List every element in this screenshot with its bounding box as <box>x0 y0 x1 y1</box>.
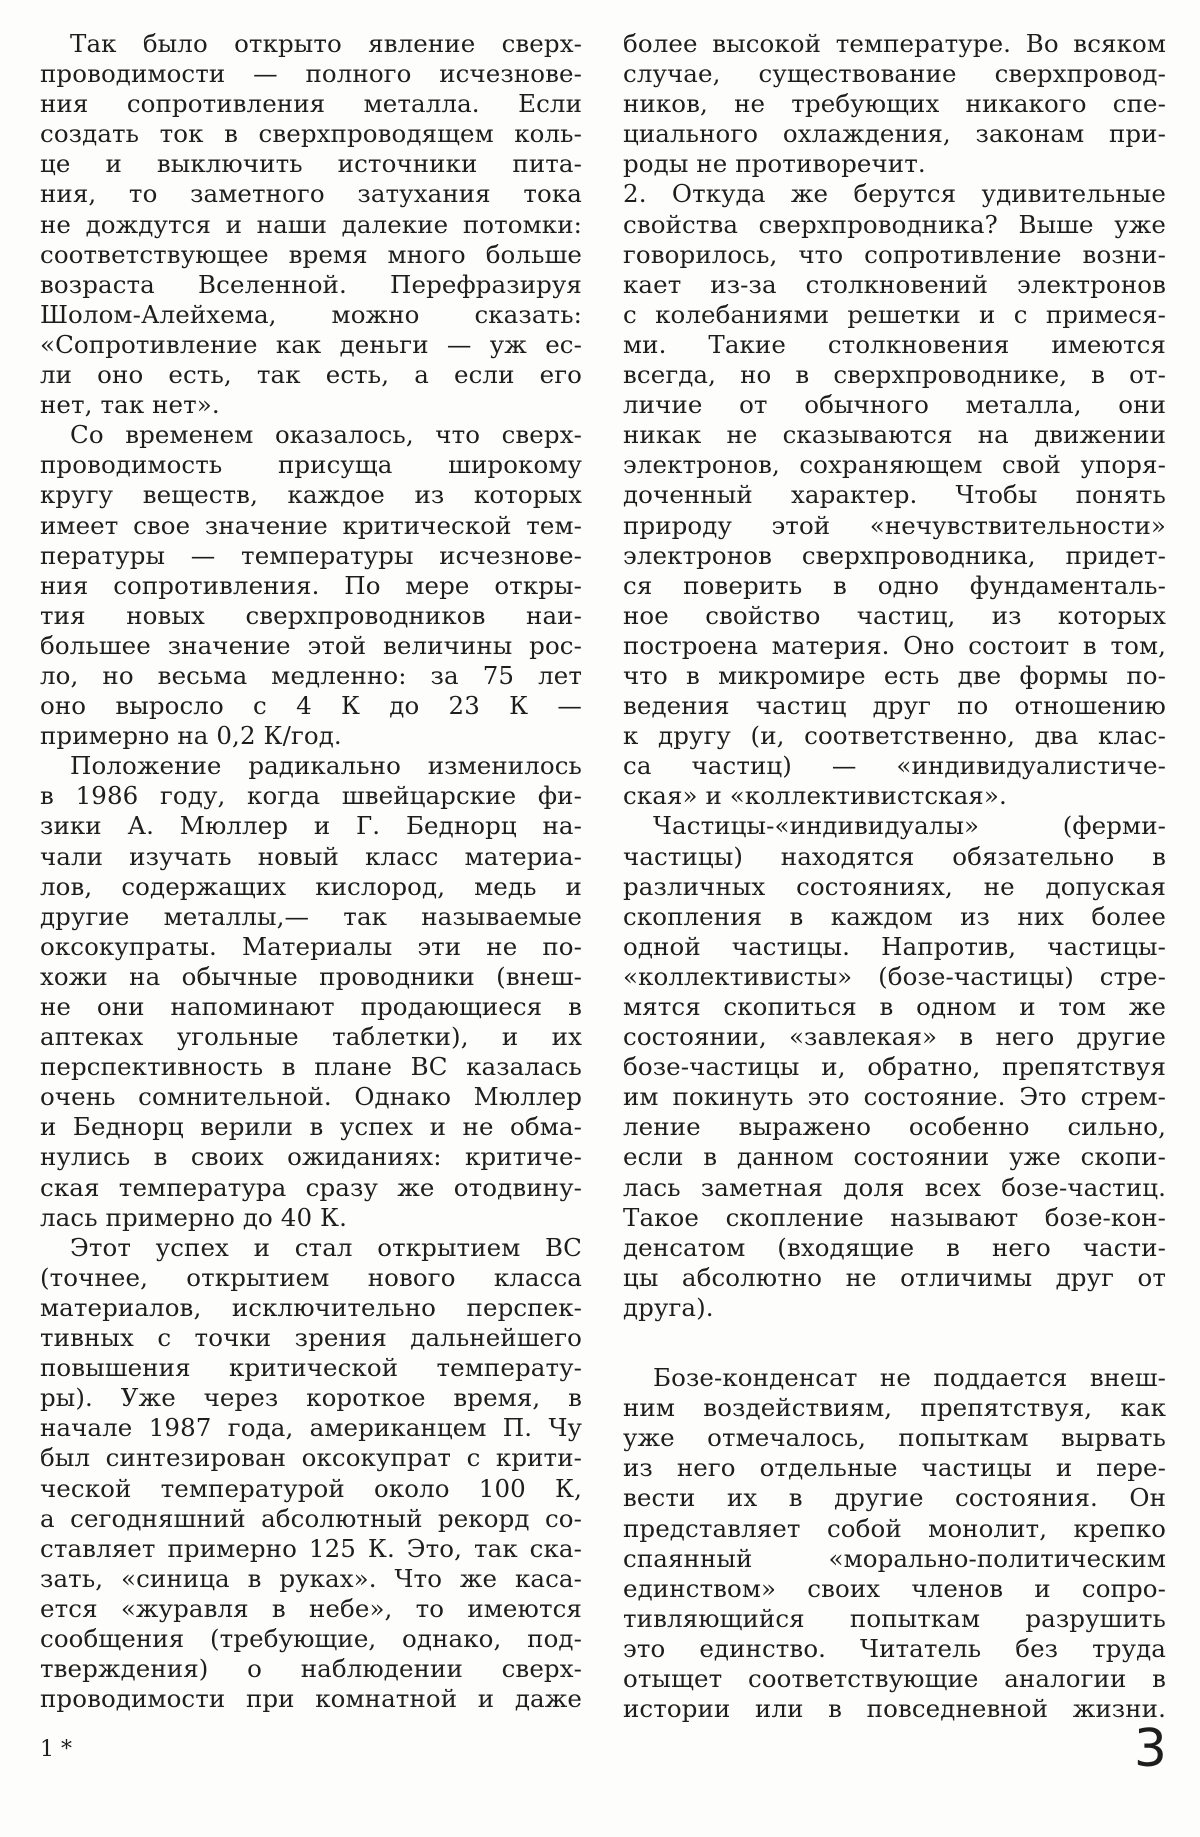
text-line: Частицы-«индивидуалы» (ферми- <box>623 811 1166 841</box>
text-line: лась заметная доля всех бозе-частиц. <box>623 1173 1166 1203</box>
text-line: денсатом (входящие в него части- <box>623 1233 1166 1263</box>
text-line: роды не противоречит. <box>623 149 1166 179</box>
paragraph-gap <box>623 1323 1166 1363</box>
text-line: лов, содержащих кислород, медь и <box>40 872 582 902</box>
text-line: оно выросло с 4 К до 23 К — <box>40 691 582 721</box>
text-line: очень сомнительной. Однако Мюллер <box>40 1082 582 1112</box>
text-line: тивляющийся попыткам разрушить <box>623 1604 1166 1634</box>
text-line: нет, так нет». <box>40 390 582 420</box>
text-line: (точнее, открытием нового класса <box>40 1263 582 1293</box>
text-line: ло, но весьма медленно: за 75 лет <box>40 661 582 691</box>
left-column: Так было открыто явление сверх-проводимо… <box>40 29 582 1714</box>
text-line: тивных с точки зрения дальнейшего <box>40 1323 582 1353</box>
text-line: другие металлы,— так называемые <box>40 902 582 932</box>
text-line: это единство. Читатель без труда <box>623 1634 1166 1664</box>
text-line: проводимости — полного исчезнове- <box>40 59 582 89</box>
text-line: ры). Уже через короткое время, в <box>40 1383 582 1413</box>
text-line: и Беднорц верили в успех и не обма- <box>40 1112 582 1142</box>
text-line: различных состояниях, не допуская <box>623 872 1166 902</box>
text-line: спаянный «морально-политическим <box>623 1544 1166 1574</box>
paragraph: Положение радикально изменилосьв 1986 го… <box>40 751 582 1233</box>
page-number: 3 <box>1134 1723 1167 1775</box>
text-line: создать ток в сверхпроводящем коль- <box>40 119 582 149</box>
text-line: лась примерно до 40 К. <box>40 1203 582 1233</box>
text-line: соответствующее время много больше <box>40 240 582 270</box>
text-line: тверждения) о наблюдении сверх- <box>40 1654 582 1684</box>
text-line: если в данном состоянии уже скопи- <box>623 1142 1166 1172</box>
text-line: одной частицы. Напротив, частицы- <box>623 932 1166 962</box>
paragraph: Этот успех и стал открытием ВС(точнее, о… <box>40 1233 582 1715</box>
text-line: имеет свое значение критической тем- <box>40 511 582 541</box>
text-line: ческой температурой около 100 К, <box>40 1474 582 1504</box>
text-line: более высокой температуре. Во всяком <box>623 29 1166 59</box>
text-line: мятся скопиться в одном и том же <box>623 992 1166 1022</box>
text-line: «Сопротивление как деньги — уж ес- <box>40 330 582 360</box>
text-line: аптеках угольные таблетки), и их <box>40 1022 582 1052</box>
text-line: электронов, сохраняющем свой упоря- <box>623 450 1166 480</box>
paragraph: Со временем оказалось, что сверх-проводи… <box>40 420 582 751</box>
text-line: электронов сверхпроводника, придет- <box>623 541 1166 571</box>
text-line: в 1986 году, когда швейцарские фи- <box>40 781 582 811</box>
text-line: материалов, исключительно перспек- <box>40 1293 582 1323</box>
text-line: пературы — температуры исчезнове- <box>40 541 582 571</box>
text-line: Положение радикально изменилось <box>40 751 582 781</box>
text-line: Такое скопление называют бозе-кон- <box>623 1203 1166 1233</box>
text-line: большее значение этой величины рос- <box>40 631 582 661</box>
paragraph: Частицы-«индивидуалы» (ферми-частицы) на… <box>623 811 1166 1323</box>
text-line: ставляет примерно 125 К. Это, так ска- <box>40 1534 582 1564</box>
text-line: ется «журавля в небе», то имеются <box>40 1594 582 1624</box>
text-line: зики А. Мюллер и Г. Беднорц на- <box>40 811 582 841</box>
text-line: са частиц) — «индивидуалистиче- <box>623 751 1166 781</box>
text-line: перспективность в плане ВС казалась <box>40 1052 582 1082</box>
text-line: це и выключить источники пита- <box>40 149 582 179</box>
text-line: возраста Вселенной. Перефразируя <box>40 270 582 300</box>
text-line: ния, то заметного затухания тока <box>40 179 582 209</box>
text-line: уже отмечалось, попыткам вырвать <box>623 1423 1166 1453</box>
text-line: доченный характер. Чтобы понять <box>623 480 1166 510</box>
text-line: хожи на обычные проводники (внеш- <box>40 962 582 992</box>
text-line: сообщения (требующие, однако, под- <box>40 1624 582 1654</box>
text-line: отыщет соответствующие аналогии в <box>623 1664 1166 1694</box>
text-line: примерно на 0,2 К/год. <box>40 721 582 751</box>
text-line: случае, существование сверхпровод- <box>623 59 1166 89</box>
text-line: природу этой «нечувствительности» <box>623 511 1166 541</box>
text-line: кает из-за столкновений электронов <box>623 270 1166 300</box>
text-line: ся поверить в одно фундаменталь- <box>623 571 1166 601</box>
text-line: чали изучать новый класс материа- <box>40 842 582 872</box>
text-line: тия новых сверхпроводников наи- <box>40 601 582 631</box>
text-line: зать, «синица в руках». Что же каса- <box>40 1564 582 1594</box>
text-line: ская температура сразу же отодвину- <box>40 1173 582 1203</box>
text-line: ская» и «коллективистская». <box>623 781 1166 811</box>
text-line: свойства сверхпроводника? Выше уже <box>623 210 1166 240</box>
text-line: 2. Откуда же берутся удивительные <box>623 179 1166 209</box>
text-line: им покинуть это состояние. Это стрем- <box>623 1082 1166 1112</box>
text-line: а сегодняшний абсолютный рекорд со- <box>40 1504 582 1534</box>
text-line: к другу (и, соответственно, два клас- <box>623 721 1166 751</box>
text-line: ли оно есть, так есть, а если его <box>40 360 582 390</box>
text-line: ное свойство частиц, из которых <box>623 601 1166 631</box>
text-line: был синтезирован оксокупрат с крити- <box>40 1443 582 1473</box>
signature-mark: 1 * <box>40 1737 72 1762</box>
text-line: представляет собой монолит, крепко <box>623 1514 1166 1544</box>
text-line: состоянии, «завлекая» в него другие <box>623 1022 1166 1052</box>
text-line: ление выражено особенно сильно, <box>623 1112 1166 1142</box>
text-line: всегда, но в сверхпроводнике, в от- <box>623 360 1166 390</box>
right-column: более высокой температуре. Во всякомслуч… <box>623 29 1166 1724</box>
text-line: ми. Такие столкновения имеются <box>623 330 1166 360</box>
text-line: что в микромире есть две формы по- <box>623 661 1166 691</box>
text-line: построена материя. Оно состоит в том, <box>623 631 1166 661</box>
text-line: скопления в каждом из них более <box>623 902 1166 932</box>
paragraph: Бозе-конденсат не поддается внеш-ним воз… <box>623 1363 1166 1724</box>
text-line: повышения критической температу- <box>40 1353 582 1383</box>
text-line: ния сопротивления. По мере откры- <box>40 571 582 601</box>
text-line: оксокупраты. Материалы эти не по- <box>40 932 582 962</box>
text-line: истории или в повседневной жизни. <box>623 1694 1166 1724</box>
text-line: цы абсолютно не отличимы друг от <box>623 1263 1166 1293</box>
text-line: ния сопротивления металла. Если <box>40 89 582 119</box>
text-line: друга). <box>623 1293 1166 1323</box>
text-line: начале 1987 года, американцем П. Чу <box>40 1413 582 1443</box>
text-line: циального охлаждения, законам при- <box>623 119 1166 149</box>
text-line: вести их в другие состояния. Он <box>623 1483 1166 1513</box>
paragraph: 2. Откуда же берутся удивительныесвойств… <box>623 179 1166 811</box>
text-line: бозе-частицы и, обратно, препятствуя <box>623 1052 1166 1082</box>
text-line: ним воздействиям, препятствуя, как <box>623 1393 1166 1423</box>
text-line: «коллективисты» (бозе-частицы) стре- <box>623 962 1166 992</box>
paragraph: более высокой температуре. Во всякомслуч… <box>623 29 1166 179</box>
text-line: ников, не требующих никакого спе- <box>623 89 1166 119</box>
text-line: Со временем оказалось, что сверх- <box>40 420 582 450</box>
text-line: Этот успех и стал открытием ВС <box>40 1233 582 1263</box>
text-line: проводимости при комнатной и даже <box>40 1684 582 1714</box>
text-line: личие от обычного металла, они <box>623 390 1166 420</box>
paragraph: Так было открыто явление сверх-проводимо… <box>40 29 582 420</box>
text-line: единством» своих членов и сопро- <box>623 1574 1166 1604</box>
text-line: частицы) находятся обязательно в <box>623 842 1166 872</box>
text-line: не дождутся и наши далекие потомки: <box>40 210 582 240</box>
text-line: Так было открыто явление сверх- <box>40 29 582 59</box>
text-line: с колебаниями решетки и с примеся- <box>623 300 1166 330</box>
text-line: нулись в своих ожиданиях: критиче- <box>40 1142 582 1172</box>
text-line: кругу веществ, каждое из которых <box>40 480 582 510</box>
text-line: не они напоминают продающиеся в <box>40 992 582 1022</box>
text-line: ведения частиц друг по отношению <box>623 691 1166 721</box>
text-line: Бозе-конденсат не поддается внеш- <box>623 1363 1166 1393</box>
text-line: из него отдельные частицы и пере- <box>623 1453 1166 1483</box>
text-line: никак не сказываются на движении <box>623 420 1166 450</box>
text-line: Шолом-Алейхема, можно сказать: <box>40 300 582 330</box>
text-line: говорилось, что сопротивление возни- <box>623 240 1166 270</box>
text-line: проводимость присуща широкому <box>40 450 582 480</box>
